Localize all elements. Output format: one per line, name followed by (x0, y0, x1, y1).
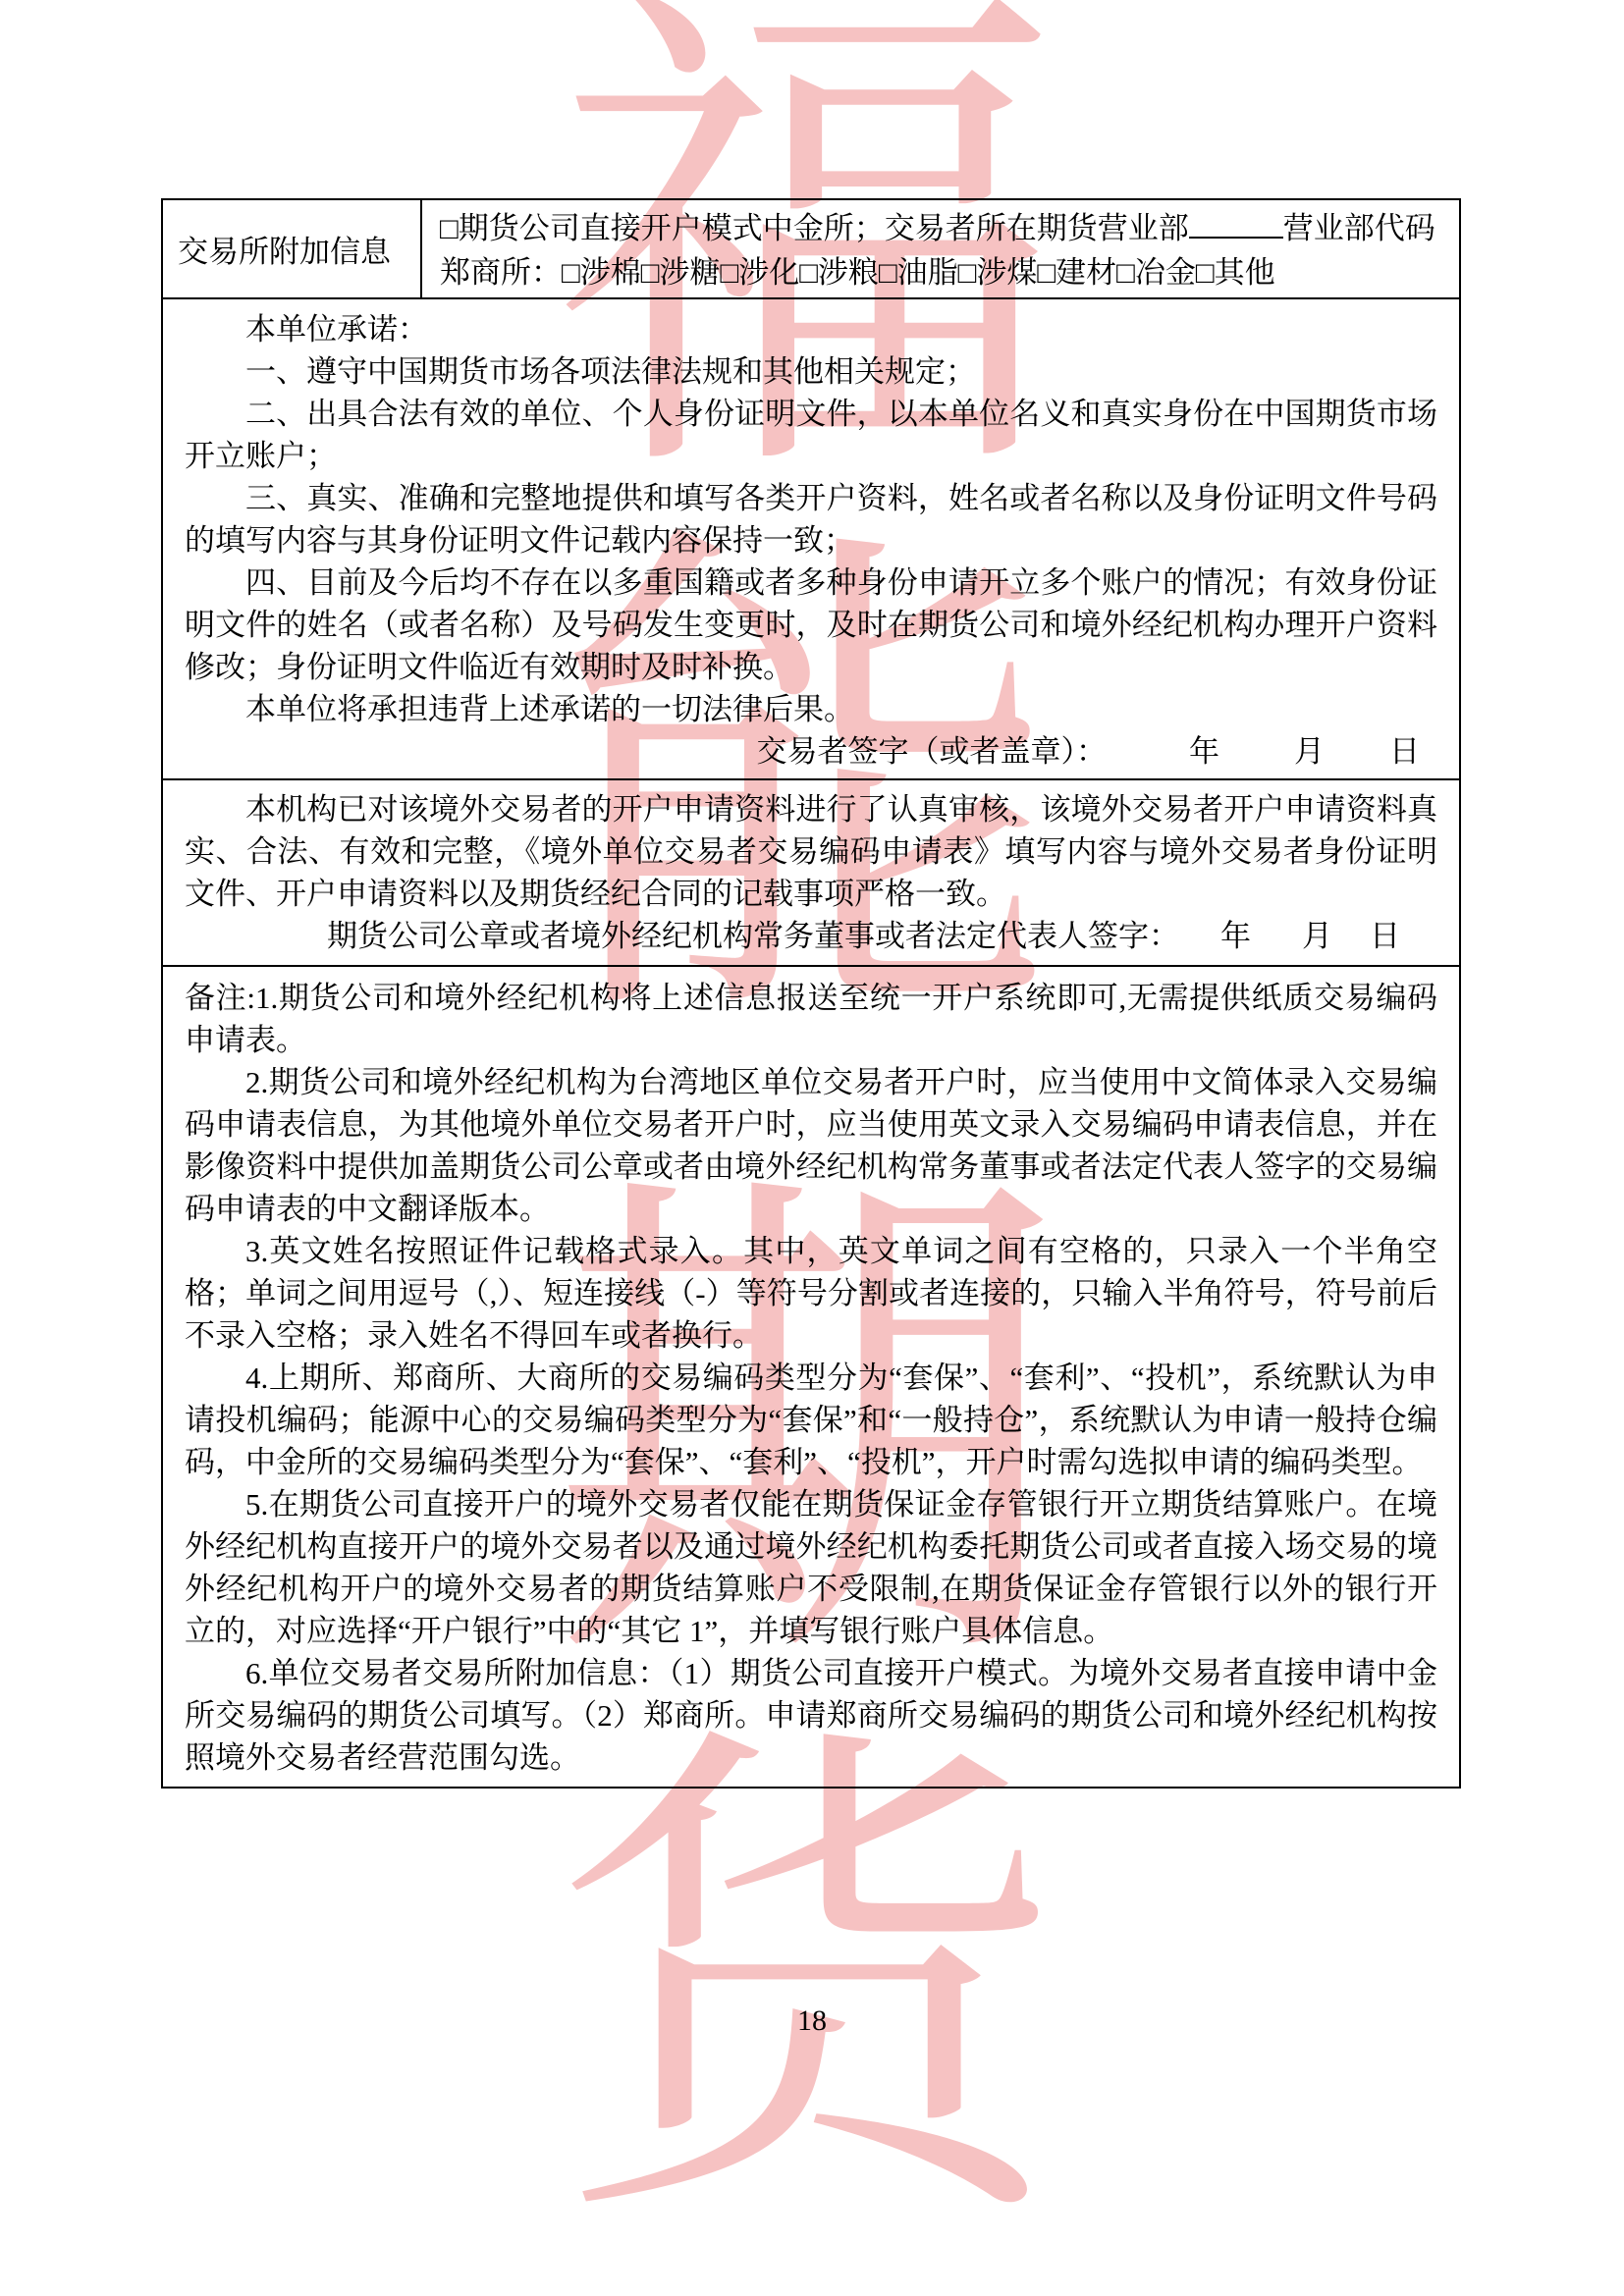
company-signature-label: 期货公司公章或者境外经纪机构常务董事或者法定代表人签字： (327, 919, 1179, 953)
note-item: 5.在期货公司直接开户的境外交易者仅能在期货保证金存管银行开立期货结算账户。在境… (185, 1483, 1437, 1652)
checkbox-icon[interactable]: □ (562, 255, 580, 290)
zce-option-label: 建材 (1056, 255, 1116, 290)
review-paragraph: 本机构已对该境外交易者的开户申请资料进行了认真审核，该境外交易者开户申请资料真实… (185, 788, 1437, 915)
note-item: 4.上期所、郑商所、大商所的交易编码类型分为“套保”、“套利”、“投机”，系统默… (185, 1357, 1437, 1483)
day-label: 日 (1370, 919, 1400, 953)
checkbox-icon[interactable]: □ (799, 255, 818, 290)
checkbox-icon[interactable]: □ (958, 255, 977, 290)
zce-option-metallurgy: □冶金 (1116, 255, 1196, 290)
zce-option-label: 涉煤 (976, 255, 1037, 290)
checkbox-icon[interactable]: □ (1037, 255, 1056, 290)
document-page: 福 能 期 货 交易所附加信息 □期货公司直接开户模式中金所；交易者所在期货营业… (0, 0, 1624, 2296)
company-signature-line: 期货公司公章或者境外经纪机构常务董事或者法定代表人签字：年月日 (185, 915, 1437, 957)
trader-signature-line: 交易者签字（或者盖章）：年月日 (185, 730, 1437, 773)
note-item: 3.英文姓名按照证件记载格式录入。其中，英文单词之间有空格的，只录入一个半角空格… (185, 1230, 1437, 1357)
year-label: 年 (1189, 734, 1219, 769)
commitment-paragraph: 本单位将承担违背上述承诺的一切法律后果。 (185, 688, 1437, 730)
checkbox-icon[interactable]: □ (720, 255, 738, 290)
page-number: 18 (0, 2004, 1624, 2038)
zce-option-label: 冶金 (1135, 255, 1196, 290)
checkbox-icon[interactable]: □ (641, 255, 660, 290)
day-label: 日 (1389, 734, 1420, 769)
cffex-line: □期货公司直接开户模式中金所；交易者所在期货营业部营业部代码 (440, 205, 1445, 250)
year-label: 年 (1220, 919, 1251, 953)
checkbox-icon[interactable]: □ (1196, 255, 1215, 290)
zce-prefix: 郑商所： (440, 255, 562, 290)
zce-option-label: 涉棉 (580, 255, 641, 290)
commitment-paragraph: 四、目前及今后均不存在以多重国籍或者多种身份申请开立多个账户的情况；有效身份证明… (185, 561, 1437, 688)
note-item: 2.期货公司和境外经纪机构为台湾地区单位交易者开户时，应当使用中文简体录入交易编… (185, 1061, 1437, 1230)
notes-section: 备注:1.期货公司和境外经纪机构将上述信息报送至统一开户系统即可,无需提供纸质交… (163, 967, 1459, 1787)
zce-option-building-material: □建材 (1037, 255, 1116, 290)
commitment-paragraph: 三、真实、准确和完整地提供和填写各类开户资料，姓名或者名称以及身份证明文件号码的… (185, 477, 1437, 561)
watermark-char: 货 (552, 1735, 1062, 2246)
zce-option-grain: □涉粮 (799, 255, 879, 290)
checkbox-icon[interactable]: □ (879, 255, 897, 290)
exchange-info-label: 交易所附加信息 (163, 200, 422, 297)
cffex-line-text: 期货公司直接开户模式中金所；交易者所在期货营业部 (459, 211, 1189, 245)
zce-option-label: 涉糖 (659, 255, 720, 290)
zce-option-chemical: □涉化 (720, 255, 799, 290)
commitment-paragraph: 一、遵守中国期货市场各项法律法规和其他相关规定； (185, 350, 1437, 393)
zce-option-label: 油脂 (897, 255, 958, 290)
checkbox-icon[interactable]: □ (1116, 255, 1135, 290)
zce-option-label: 其他 (1215, 255, 1275, 290)
month-label: 月 (1294, 734, 1325, 769)
cffex-direct-mode-checkbox[interactable]: □ (440, 211, 459, 245)
month-label: 月 (1302, 919, 1332, 953)
note-item: 6.单位交易者交易所附加信息：（1）期货公司直接开户模式。为境外交易者直接申请中… (185, 1652, 1437, 1779)
cffex-line-suffix: 营业部代码 (1283, 211, 1435, 245)
zce-option-coal: □涉煤 (958, 255, 1038, 290)
note-item: 备注:1.期货公司和境外经纪机构将上述信息报送至统一开户系统即可,无需提供纸质交… (185, 977, 1437, 1061)
exchange-info-content: □期货公司直接开户模式中金所；交易者所在期货营业部营业部代码 郑商所：□涉棉□涉… (422, 200, 1459, 297)
zce-option-sugar: □涉糖 (641, 255, 721, 290)
zce-line: 郑商所：□涉棉□涉糖□涉化□涉粮□油脂□涉煤□建材□冶金□其他 (440, 250, 1445, 294)
commitment-paragraph: 二、出具合法有效的单位、个人身份证明文件，以本单位名义和真实身份在中国期货市场开… (185, 393, 1437, 477)
review-section: 本机构已对该境外交易者的开户申请资料进行了认真审核，该境外交易者开户申请资料真实… (163, 780, 1459, 967)
trading-code-application-table: 交易所附加信息 □期货公司直接开户模式中金所；交易者所在期货营业部营业部代码 郑… (161, 198, 1461, 1789)
exchange-info-row: 交易所附加信息 □期货公司直接开户模式中金所；交易者所在期货营业部营业部代码 郑… (163, 200, 1459, 299)
zce-option-label: 涉化 (738, 255, 799, 290)
business-dept-code-blank[interactable] (1189, 205, 1283, 239)
commitment-paragraph: 本单位承诺： (185, 308, 1437, 350)
exchange-info-label-text: 交易所附加信息 (178, 227, 391, 271)
trader-signature-label: 交易者签字（或者盖章）： (757, 734, 1108, 769)
zce-option-other: □其他 (1196, 255, 1275, 290)
zce-option-label: 涉粮 (818, 255, 879, 290)
commitment-section: 本单位承诺： 一、遵守中国期货市场各项法律法规和其他相关规定； 二、出具合法有效… (163, 299, 1459, 780)
zce-option-cotton: □涉棉 (562, 255, 641, 290)
zce-option-oil: □油脂 (879, 255, 958, 290)
